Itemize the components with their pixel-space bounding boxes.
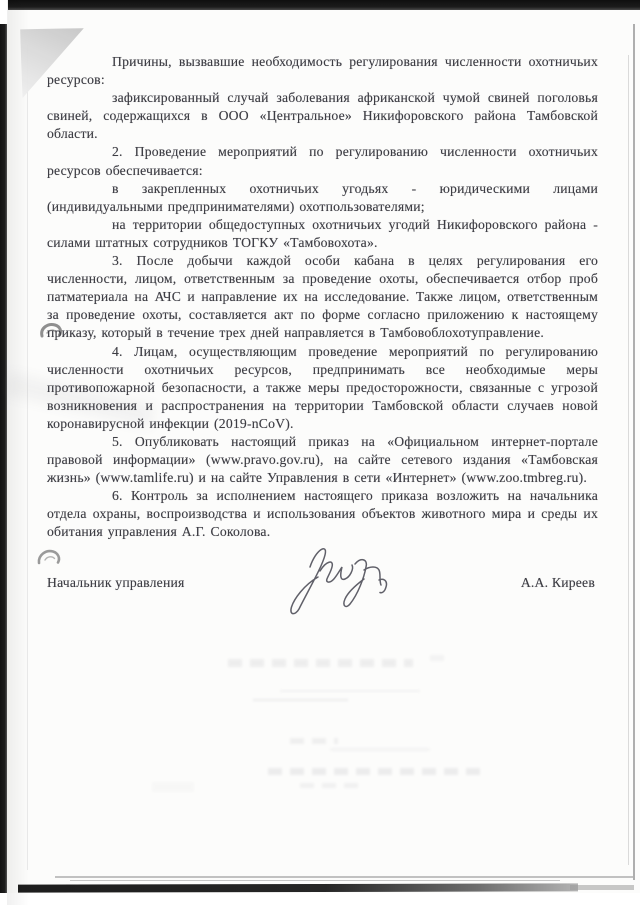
paragraph: на территории общедоступных охотничьих у…: [47, 216, 598, 252]
paragraph: в закрепленных охотничьих угодьях - юрид…: [47, 180, 598, 216]
paragraph: 6. Контроль за исполнением настоящего пр…: [47, 487, 598, 541]
paragraph: зафиксированный случай заболевания африк…: [47, 89, 598, 143]
bleedthrough-smudge: [280, 690, 420, 692]
signatory-title: Начальник управления: [47, 575, 185, 591]
bleedthrough-smudge: [330, 748, 430, 751]
paper-edge-right-inner: [628, 55, 629, 865]
scan-edge-top: [5, 0, 640, 10]
scan-edge-bottom: [18, 883, 578, 892]
scanned-document-page: Причины, вызвавшие необходимость регулир…: [0, 0, 640, 905]
paragraph: 5. Опубликовать настоящий приказ на «Офи…: [47, 433, 598, 487]
scan-edge-bottom: [570, 885, 634, 890]
paragraph: 4. Лицам, осуществляющим проведение меро…: [47, 343, 598, 433]
signature-handwritten: [276, 537, 394, 617]
bleedthrough-smudge: [253, 699, 348, 701]
scan-background: [0, 893, 640, 905]
paragraph: 3. После добычи каждой особи кабана в це…: [47, 252, 598, 342]
staple-mark-icon: [36, 546, 62, 572]
bleedthrough-smudge: [290, 738, 338, 744]
bleedthrough-smudge: [152, 782, 194, 792]
bleedthrough-smudge: [228, 659, 413, 667]
paper-edge-right-outer: [633, 24, 635, 880]
bleedthrough-smudge: [430, 655, 444, 661]
signatory-name: А.А. Киреев: [521, 575, 595, 591]
paper-edge-bottom-line: [55, 876, 633, 878]
bleedthrough-smudge: [268, 768, 483, 775]
paragraph: 2. Проведение мероприятий по регулирован…: [47, 143, 598, 179]
document-text: Причины, вызвавшие необходимость регулир…: [47, 53, 598, 542]
paragraph: Причины, вызвавшие необходимость регулир…: [47, 53, 598, 89]
scan-edge-left: [0, 24, 7, 897]
bleedthrough-smudge: [300, 783, 366, 788]
paper-edge-bottom-line: [70, 880, 560, 881]
page-gutter-shadow: [7, 0, 29, 905]
page-left-edge-line: [27, 45, 28, 870]
